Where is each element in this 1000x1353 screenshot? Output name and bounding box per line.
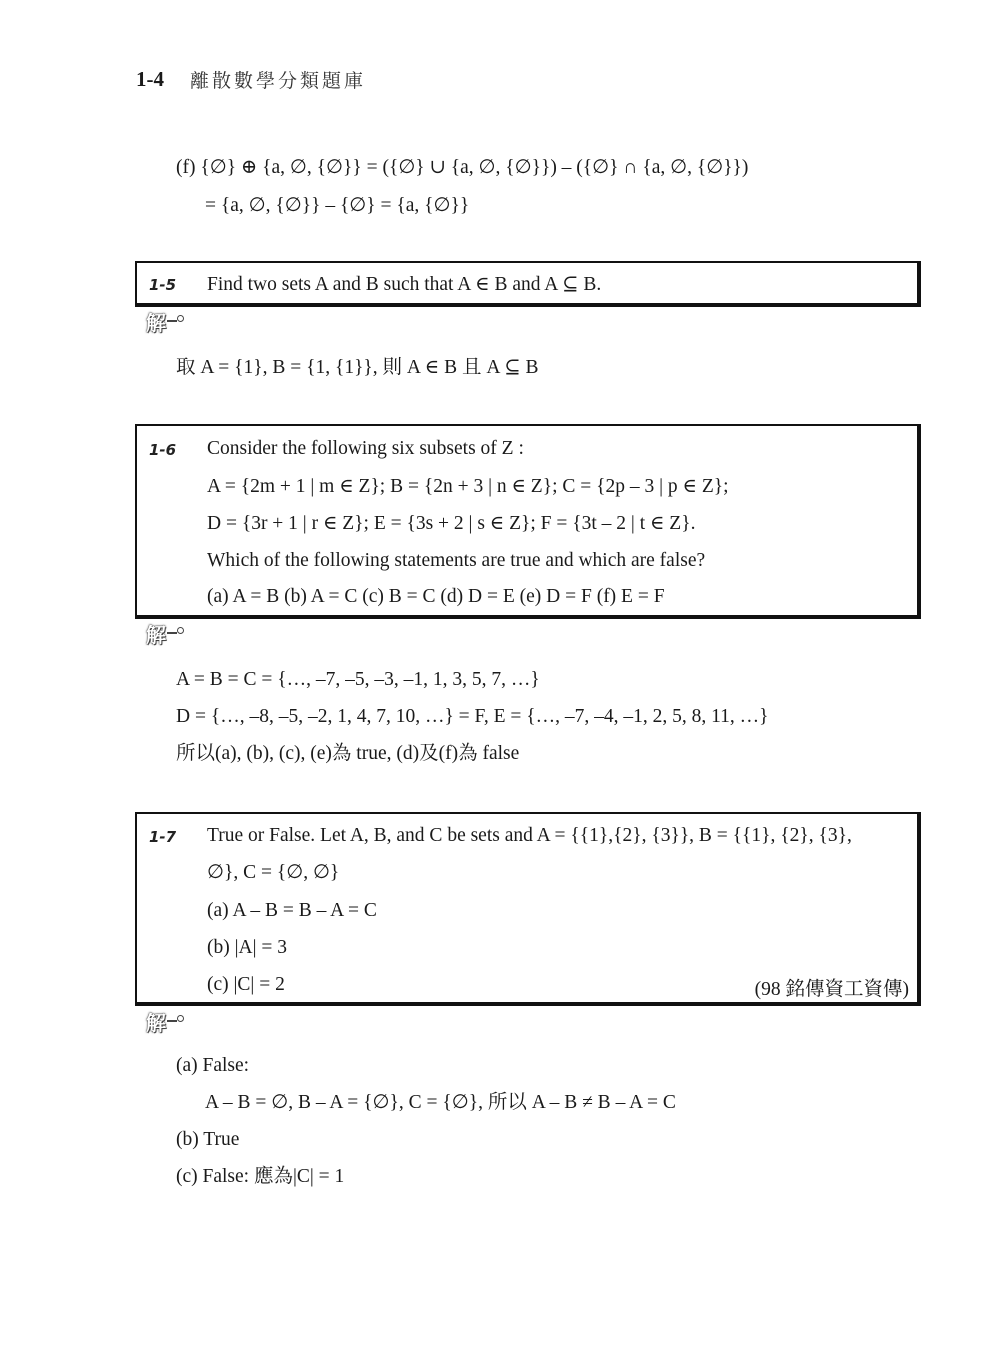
problem-number: 1-5 (149, 276, 176, 294)
solution-glyph: 解 (146, 307, 166, 336)
solution-1-5-line: 取 A = {1}, B = {1, {1}}, 則 A ∈ B 且 A ⊆ B (176, 356, 538, 380)
solution-icon-tail (167, 632, 177, 634)
solution-1-7-line-1: (a) False: (176, 1054, 249, 1078)
solution-icon: 解 (146, 1008, 192, 1034)
solution-icon-ring (177, 315, 184, 322)
problem-box-1-5: 1-5 Find two sets A and B such that A ∈ … (135, 261, 921, 307)
problem-text-line-1: Consider the following six subsets of Z … (207, 437, 524, 461)
solution-icon: 解 (146, 308, 192, 334)
solution-1-6-line-1: A = B = C = {…, –7, –5, –3, –1, 1, 3, 5,… (176, 668, 540, 692)
problem-text-line-2: A = {2m + 1 | m ∈ Z}; B = {2n + 3 | n ∈ … (207, 475, 729, 499)
book-title: 離散數學分類題庫 (190, 66, 366, 93)
problem-text-line-3: D = {3r + 1 | r ∈ Z}; E = {3s + 2 | s ∈ … (207, 512, 695, 536)
solution-icon-tail (167, 320, 177, 322)
solution-1-6-line-2: D = {…, –8, –5, –2, 1, 4, 7, 10, …} = F,… (176, 705, 768, 729)
continued-solution-line-1: (f) {∅} ⊕ {a, ∅, {∅}} = ({∅} ∪ {a, ∅, {∅… (176, 156, 748, 180)
page-header: 1-4 離散數學分類題庫 (136, 64, 366, 94)
solution-1-6-line-3: 所以(a), (b), (c), (e)為 true, (d)及(f)為 fal… (176, 742, 519, 766)
problem-box-1-7: 1-7 True or False. Let A, B, and C be se… (135, 812, 921, 1006)
problem-text-line-2: ∅}, C = {∅, ∅} (207, 861, 339, 885)
solution-1-7-line-4: (c) False: 應為|C| = 1 (176, 1165, 344, 1189)
problem-text-line-4: Which of the following statements are tr… (207, 549, 705, 573)
continued-solution-line-2: = {a, ∅, {∅}} – {∅} = {a, {∅}} (205, 194, 469, 218)
solution-1-7-line-2: A – B = ∅, B – A = {∅}, C = {∅}, 所以 A – … (205, 1091, 676, 1115)
problem-text-line-4: (b) |A| = 3 (207, 936, 287, 960)
problem-number: 1-6 (149, 441, 176, 459)
problem-number: 1-7 (149, 828, 176, 846)
solution-glyph: 解 (146, 1007, 166, 1036)
solution-icon: 解 (146, 620, 192, 646)
problem-text-line-1: True or False. Let A, B, and C be sets a… (207, 824, 852, 848)
solution-icon-ring (177, 627, 184, 634)
exam-source: (98 銘傳資工資傳) (755, 973, 909, 1001)
solution-glyph: 解 (146, 619, 166, 648)
problem-text-line-3: (a) A – B = B – A = C (207, 899, 377, 923)
problem-text-line-5: (a) A = B (b) A = C (c) B = C (d) D = E … (207, 585, 665, 609)
solution-icon-tail (167, 1020, 177, 1022)
problem-text-line-5: (c) |C| = 2 (207, 973, 285, 997)
page-number: 1-4 (136, 67, 164, 92)
solution-icon-ring (177, 1015, 184, 1022)
problem-text: Find two sets A and B such that A ∈ B an… (207, 273, 601, 297)
problem-box-1-6: 1-6 Consider the following six subsets o… (135, 424, 921, 619)
solution-1-7-line-3: (b) True (176, 1128, 239, 1152)
